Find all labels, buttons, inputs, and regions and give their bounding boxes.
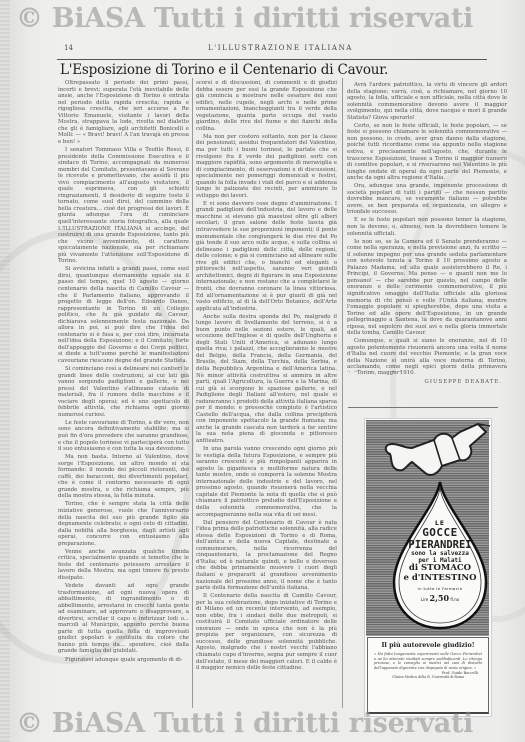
article-column-1: Oltrepassato il periodo dei primi passi,… — [58, 80, 189, 708]
article-signature: Torino, maggio 1910. GIUSEPPE DEABATE. — [347, 370, 502, 385]
paragraph: Io non so, se la Camera ed il Senato pre… — [347, 239, 507, 337]
ad-testimonial-box: Il più autorevole giudizio! « Ho fatto l… — [367, 637, 489, 714]
ad-copy: LE GOCCE PIERANDREI sono la salvezza per… — [392, 520, 488, 603]
paragraph: Anche sulla destra sponda del Po, malgra… — [196, 314, 337, 445]
dropper-bottle-icon — [382, 422, 492, 482]
paragraph: Dal pensiero del Centenario di Cavour è … — [196, 520, 337, 592]
header-rule — [57, 59, 487, 60]
testimonial-affiliation: Clinica Medica della R. Università di Ro… — [368, 675, 488, 679]
paragraph: scorsi e di discussioni, di commenti e d… — [196, 80, 337, 132]
paragraph: Torino, che è sempre stata la città dell… — [58, 501, 189, 547]
paragraph: Si cominciano così a delineare nei canti… — [58, 366, 189, 418]
copyright-watermark-bottom: © BiASA Tutti i diritti riservati — [16, 708, 473, 739]
ad-price: Lire 2,50 fl.no — [392, 593, 488, 603]
testimonial-title: Il più autorevole giudizio! — [368, 641, 488, 649]
paragraph: Vedete davanti ad ogni grande trasformaz… — [58, 583, 189, 655]
running-header: 14 L'ILLUSTRAZIONE ITALIANA — [58, 44, 503, 56]
magazine-title: L'ILLUSTRAZIONE ITALIANA — [58, 44, 503, 52]
paragraph: Comunque, e quali si siano le onoranze, … — [347, 338, 507, 372]
column-divider-2 — [342, 78, 343, 708]
paragraph: E se le feste popolari non possono temer… — [347, 217, 507, 237]
newspaper-page: © BiASA Tutti i diritti riservati 14 L'I… — [0, 0, 525, 742]
paragraph: Ma non basta. Intorno al Valentino, dove… — [58, 454, 189, 500]
dateline: Torino, maggio 1910. — [347, 370, 502, 376]
paragraph: Avrà l'ardore patriottico, la virtù di v… — [347, 82, 507, 121]
paragraph: Certo, se non le feste ufficiali, le fes… — [347, 123, 507, 182]
paragraph: Si avvicina infatti a grandi passi, come… — [58, 266, 189, 364]
paragraph: E vi sono davvero cose degne d'ammirazio… — [196, 201, 337, 312]
paragraph: Ma non per costoro soltanto, non per la … — [196, 134, 337, 199]
paragraph: I senatori Tommaso Villa e Teofilo Rossi… — [58, 147, 189, 265]
paragraph: Figuratevi adunque quale argomento di di… — [58, 657, 189, 664]
article-end-rule — [348, 407, 498, 408]
article-column-3: Avrà l'ardore patriottico, la virtù di v… — [347, 82, 507, 372]
ad-availability: In tutte le Farmacie — [392, 586, 488, 591]
article-column-2: scorsi e di discussioni, di commenti e d… — [196, 80, 337, 708]
column-divider-1 — [192, 78, 193, 708]
ad-price-suffix: fl.no — [450, 597, 459, 602]
copyright-watermark-top: © BiASA Tutti i diritti riservati — [16, 3, 473, 34]
ad-brand-line1: GOCCE — [392, 527, 488, 539]
paragraph: Venne anche avanzata qualche timida crit… — [58, 549, 189, 582]
ad-condition-line2: e d'INTESTINO — [392, 574, 488, 584]
paragraph: Le feste cavouriane di Torino, a dir ver… — [58, 420, 189, 453]
paragraph: Il Centenario della nascita di Camillo C… — [196, 593, 337, 672]
ad-price-prefix: Lire — [421, 597, 428, 602]
testimonial-body: « Ho fatto lungamente esperimenti sulle … — [368, 649, 488, 670]
paragraph: Ora, adunque una grande, imponente proce… — [347, 183, 507, 216]
article-title: L'Esposizione di Torino e il Centenario … — [60, 62, 350, 78]
paragraph: In una parola vanno crescendo ogni giorn… — [196, 446, 337, 518]
paragraph: Oltrepassato il periodo dei primi passi,… — [58, 80, 189, 145]
ad-price-value: 2,50 — [430, 593, 449, 603]
author-name: GIUSEPPE DEABATE. — [347, 379, 502, 385]
